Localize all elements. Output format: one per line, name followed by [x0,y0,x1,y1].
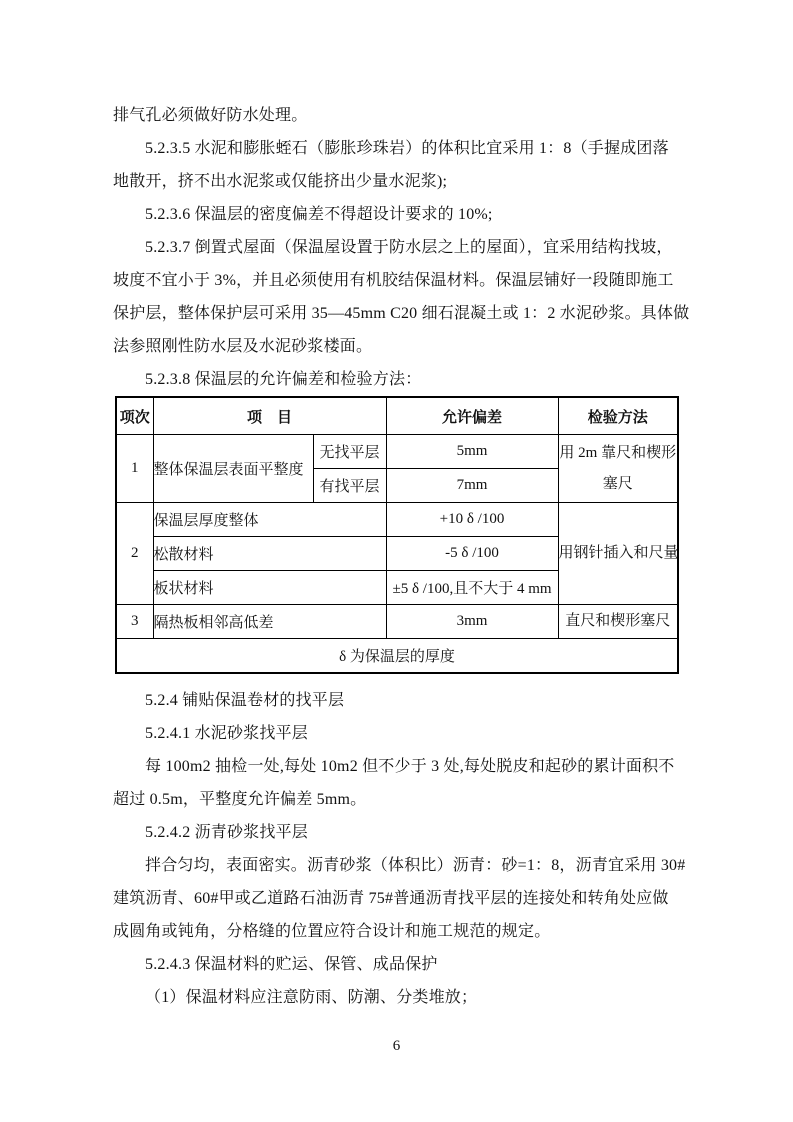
section-5-2-3-8: 5.2.3.8 保温层的允许偏差和检验方法： [113,363,687,396]
document-page: 排气孔必须做好防水处理。 5.2.3.5 水泥和膨胀蛭石（膨胀珍珠岩）的体积比宜… [0,0,793,1122]
cell-row1-sub2: 有找平层 [313,469,386,503]
cell-row3-item: 隔热板相邻高低差 [153,605,386,639]
cell-row1-dev2: 7mm [386,469,558,503]
paragraph-line: 成圆角或钝角，分格缝的位置应符合设计和施工规范的规定。 [113,915,687,948]
table-footnote-row: δ 为保温层的厚度 [116,639,678,673]
paragraph-line: 建筑沥青、60#甲或乙道路石油沥青 75#普通沥青找平层的连接处和转角处应做 [113,882,687,915]
table-row: 2 保温层厚度整体 +10 δ /100 用钢针插入和尺量 [116,503,678,537]
paragraph-line: （1）保温材料应注意防雨、防潮、分类堆放； [113,981,687,1014]
cell-row2-no: 2 [116,503,153,605]
section-5-2-4-1: 5.2.4.1 水泥砂浆找平层 [113,717,687,750]
section-5-2-4: 5.2.4 铺贴保温卷材的找平层 [113,684,687,717]
section-5-2-4-2: 5.2.4.2 沥青砂浆找平层 [113,816,687,849]
paragraph-line: 拌合匀均，表面密实。沥青砂浆（体积比）沥青：砂=1：8，沥青宜采用 30# [113,849,687,882]
cell-row1-method: 用 2m 靠尺和楔形塞尺 [558,435,678,503]
header-item-no: 项次 [116,397,153,435]
paragraph-line: 超过 0.5m，平整度允许偏差 5mm。 [113,783,687,816]
paragraph-line: 每 100m2 抽检一处,每处 10m2 但不少于 3 处,每处脱皮和起砂的累计… [113,750,687,783]
paragraph-line: 坡度不宜小于 3%，并且必须使用有机胶结保温材料。保温层铺好一段随即施工 [113,264,687,297]
section-5-2-3-7: 5.2.3.7 倒置式屋面（保温屋设置于防水层之上的屋面），宜采用结构找坡， [113,231,687,264]
cell-row2-item3: 板状材料 [153,571,386,605]
table-header-row: 项次 项 目 允许偏差 检验方法 [116,397,678,435]
document-body: 排气孔必须做好防水处理。 5.2.3.5 水泥和膨胀蛭石（膨胀珍珠岩）的体积比宜… [113,99,687,1014]
header-method: 检验方法 [558,397,678,435]
table-row: 1 整体保温层表面平整度 无找平层 5mm 用 2m 靠尺和楔形塞尺 [116,435,678,469]
section-5-2-4-3: 5.2.4.3 保温材料的贮运、保管、成品保护 [113,948,687,981]
cell-row1-item: 整体保温层表面平整度 [153,435,313,503]
cell-row2-method: 用钢针插入和尺量 [558,503,678,605]
page-number: 6 [0,1038,793,1055]
paragraph-line: 保护层，整体保护层可采用 35—45mm C20 细石混凝土或 1：2 水泥砂浆… [113,297,687,330]
section-5-2-3-6: 5.2.3.6 保温层的密度偏差不得超设计要求的 10%; [113,198,687,231]
header-deviation: 允许偏差 [386,397,558,435]
cell-footnote-delta: δ 为保温层的厚度 [116,639,678,673]
cell-row1-no: 1 [116,435,153,503]
cell-row3-dev: 3mm [386,605,558,639]
paragraph-line: 排气孔必须做好防水处理。 [113,99,687,132]
paragraph-line: 地散开，挤不出水泥浆或仅能挤出少量水泥浆); [113,165,687,198]
cell-row2-dev1: +10 δ /100 [386,503,558,537]
cell-row2-dev2: -5 δ /100 [386,537,558,571]
cell-row1-dev1: 5mm [386,435,558,469]
table-row: 3 隔热板相邻高低差 3mm 直尺和楔形塞尺 [116,605,678,639]
cell-row2-item2: 松散材料 [153,537,386,571]
cell-row3-method: 直尺和楔形塞尺 [558,605,678,639]
header-item: 项 目 [153,397,386,435]
cell-row2-dev3: ±5 δ /100,且不大于 4 mm [386,571,558,605]
cell-row3-no: 3 [116,605,153,639]
section-5-2-3-5: 5.2.3.5 水泥和膨胀蛭石（膨胀珍珠岩）的体积比宜采用 1：8（手握成团落 [113,132,687,165]
paragraph-line: 法参照刚性防水层及水泥砂浆楼面。 [113,330,687,363]
deviation-spec-table: 项次 项 目 允许偏差 检验方法 1 整体保温层表面平整度 无找平层 5mm 用… [115,396,679,674]
cell-row1-sub1: 无找平层 [313,435,386,469]
cell-row2-item1: 保温层厚度整体 [153,503,386,537]
